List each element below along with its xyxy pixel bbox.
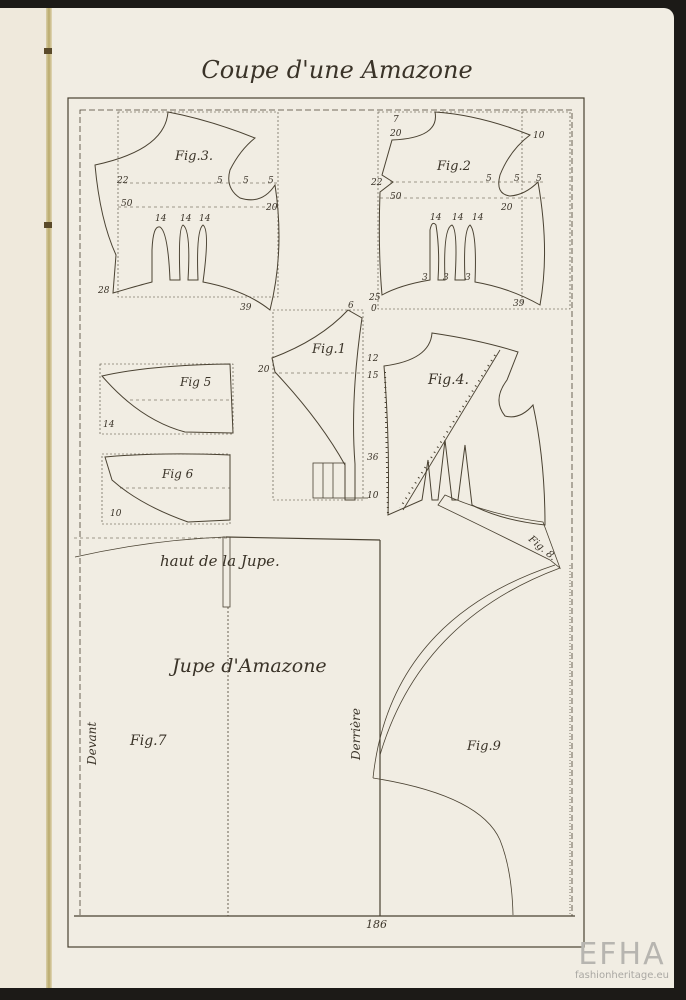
svg-text:20: 20 xyxy=(389,129,402,139)
svg-text:5: 5 xyxy=(536,174,542,184)
fig3-bodice xyxy=(95,112,280,310)
svg-text:3: 3 xyxy=(443,273,449,283)
svg-text:14: 14 xyxy=(155,214,167,224)
svg-text:5: 5 xyxy=(514,174,520,184)
fig8-collar xyxy=(438,495,560,568)
fig2-bodice xyxy=(378,112,570,309)
svg-text:14: 14 xyxy=(472,213,484,223)
svg-text:28: 28 xyxy=(97,286,110,296)
svg-text:15: 15 xyxy=(367,371,379,381)
fig7-skirt xyxy=(74,537,575,916)
svg-text:3: 3 xyxy=(422,273,428,283)
svg-text:5: 5 xyxy=(217,176,223,186)
fig9-label: Fig.9 xyxy=(466,739,501,754)
svg-text:36: 36 xyxy=(367,453,379,463)
fig6-label: Fig 6 xyxy=(161,467,194,481)
svg-text:50: 50 xyxy=(121,199,133,209)
svg-text:7: 7 xyxy=(393,115,399,125)
fig5-sleeve xyxy=(100,364,233,434)
fig3-measurements: 22 5 5 5 50 20 14 14 14 28 39 xyxy=(97,176,278,313)
fig1-label: Fig.1 xyxy=(311,342,346,357)
fig5-label: Fig 5 xyxy=(179,375,211,389)
svg-text:39: 39 xyxy=(513,299,525,309)
watermark-logo: EFHA xyxy=(572,940,672,970)
plate-title: Coupe d'une Amazone xyxy=(201,56,472,84)
svg-text:14: 14 xyxy=(452,213,464,223)
svg-text:25: 25 xyxy=(368,293,381,303)
skirt-back-label: Derrière xyxy=(349,708,363,761)
svg-text:39: 39 xyxy=(240,303,252,313)
svg-text:14: 14 xyxy=(199,214,211,224)
svg-text:20: 20 xyxy=(265,203,278,213)
fig2-label: Fig.2 xyxy=(436,159,471,174)
outer-frame xyxy=(68,98,584,947)
pattern-plate: Coupe d'une Amazone Fig.3. Fig.2 Fig.1 F… xyxy=(0,0,686,1000)
fig5-measurement: 14 xyxy=(103,420,115,430)
svg-text:5: 5 xyxy=(486,174,492,184)
fig3-label: Fig.3. xyxy=(174,149,213,164)
fig6-measurement: 10 xyxy=(110,509,122,519)
fig7-label: Fig.7 xyxy=(129,733,167,749)
skirt-top-label: haut de la Jupe. xyxy=(160,552,280,570)
svg-text:14: 14 xyxy=(430,213,442,223)
svg-text:5: 5 xyxy=(268,176,274,186)
fig1-front xyxy=(272,310,368,500)
svg-text:3: 3 xyxy=(465,273,471,283)
efha-watermark: EFHA fashionheritage.eu xyxy=(572,940,672,982)
skirt-measure: 186 xyxy=(366,918,387,931)
svg-text:5: 5 xyxy=(243,176,249,186)
svg-text:10: 10 xyxy=(533,131,545,141)
svg-text:22: 22 xyxy=(370,178,383,188)
svg-text:20: 20 xyxy=(257,365,270,375)
svg-text:22: 22 xyxy=(116,176,129,186)
svg-text:0: 0 xyxy=(371,304,377,314)
fig4-label: Fig.4. xyxy=(427,372,469,388)
svg-text:20: 20 xyxy=(500,203,513,213)
svg-text:14: 14 xyxy=(180,214,192,224)
skirt-name: Jupe d'Amazone xyxy=(168,655,327,677)
svg-text:10: 10 xyxy=(367,491,379,501)
fig4-bodice xyxy=(384,333,545,525)
svg-text:6: 6 xyxy=(348,301,354,311)
skirt-front-label: Devant xyxy=(85,722,99,766)
watermark-url: fashionheritage.eu xyxy=(572,970,672,982)
svg-text:50: 50 xyxy=(390,192,402,202)
svg-text:12: 12 xyxy=(367,354,379,364)
